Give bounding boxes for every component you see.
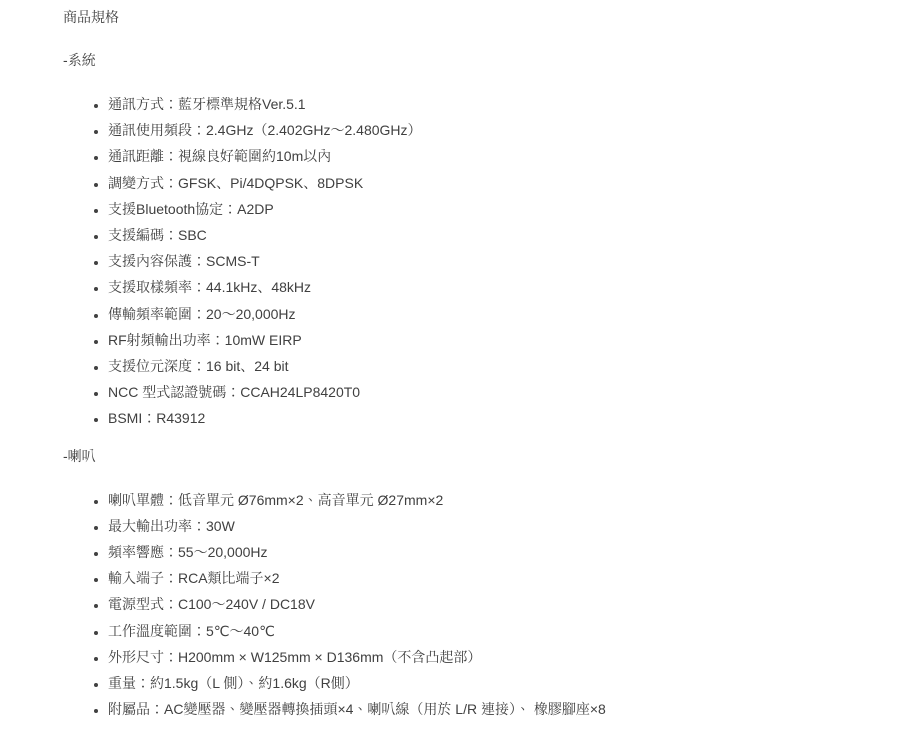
spec-item-max-output-power: 最大輸出功率：30W [108,513,860,539]
spec-item-accessories: 附屬品：AC變壓器、變壓器轉換插頭×4、喇叭線（用於 L/R 連接）、 橡膠腳座… [108,696,860,722]
spec-item-power-type: 電源型式：C100～240V / DC18V [108,591,860,617]
spec-list-system: 通訊方式：藍牙標準規格Ver.5.1 通訊使用頻段：2.4GHz（2.402GH… [63,91,860,432]
section-speaker: -喇叭 喇叭單體：低音單元 Ø76mm×2、高音單元 Ø27mm×2 最大輸出功… [63,449,860,723]
spec-item-operating-temperature: 工作溫度範圍：5℃～40℃ [108,618,860,644]
spec-list-speaker: 喇叭單體：低音單元 Ø76mm×2、高音單元 Ø27mm×2 最大輸出功率：30… [63,487,860,723]
spec-item-bsmi: BSMI：R43912 [108,405,860,431]
spec-item-communication-method: 通訊方式：藍牙標準規格Ver.5.1 [108,91,860,117]
spec-item-sampling-rate: 支援取樣頻率：44.1kHz、48kHz [108,274,860,300]
section-label-speaker: -喇叭 [63,449,860,463]
spec-item-dimensions: 外形尺寸：H200mm × W125mm × D136mm（不含凸起部） [108,644,860,670]
spec-item-communication-distance: 通訊距離：視線良好範圍約10m以內 [108,143,860,169]
page-title: 商品規格 [63,10,860,24]
spec-item-driver-units: 喇叭單體：低音單元 Ø76mm×2、高音單元 Ø27mm×2 [108,487,860,513]
spec-item-rf-output: RF射頻輸出功率：10mW EIRP [108,327,860,353]
spec-item-bit-depth: 支援位元深度：16 bit、24 bit [108,353,860,379]
spec-item-ncc-id: NCC 型式認證號碼：CCAH24LP8420T0 [108,379,860,405]
spec-item-codec: 支援編碼：SBC [108,222,860,248]
spec-item-transmission-range: 傳輸頻率範圍：20～20,000Hz [108,301,860,327]
spec-item-frequency-response: 頻率響應：55～20,000Hz [108,539,860,565]
spec-item-content-protection: 支援內容保護：SCMS-T [108,248,860,274]
section-system: -系統 通訊方式：藍牙標準規格Ver.5.1 通訊使用頻段：2.4GHz（2.4… [63,53,860,432]
product-spec-page: 商品規格 -系統 通訊方式：藍牙標準規格Ver.5.1 通訊使用頻段：2.4GH… [0,0,900,751]
spec-item-frequency-band: 通訊使用頻段：2.4GHz（2.402GHz～2.480GHz） [108,117,860,143]
spec-item-weight: 重量：約1.5kg（L 側）、約1.6kg（R側） [108,670,860,696]
section-label-system: -系統 [63,53,860,67]
spec-item-modulation: 調變方式：GFSK、Pi/4DQPSK、8DPSK [108,170,860,196]
spec-item-input-terminals: 輸入端子：RCA類比端子×2 [108,565,860,591]
spec-item-bluetooth-profile: 支援Bluetooth協定：A2DP [108,196,860,222]
